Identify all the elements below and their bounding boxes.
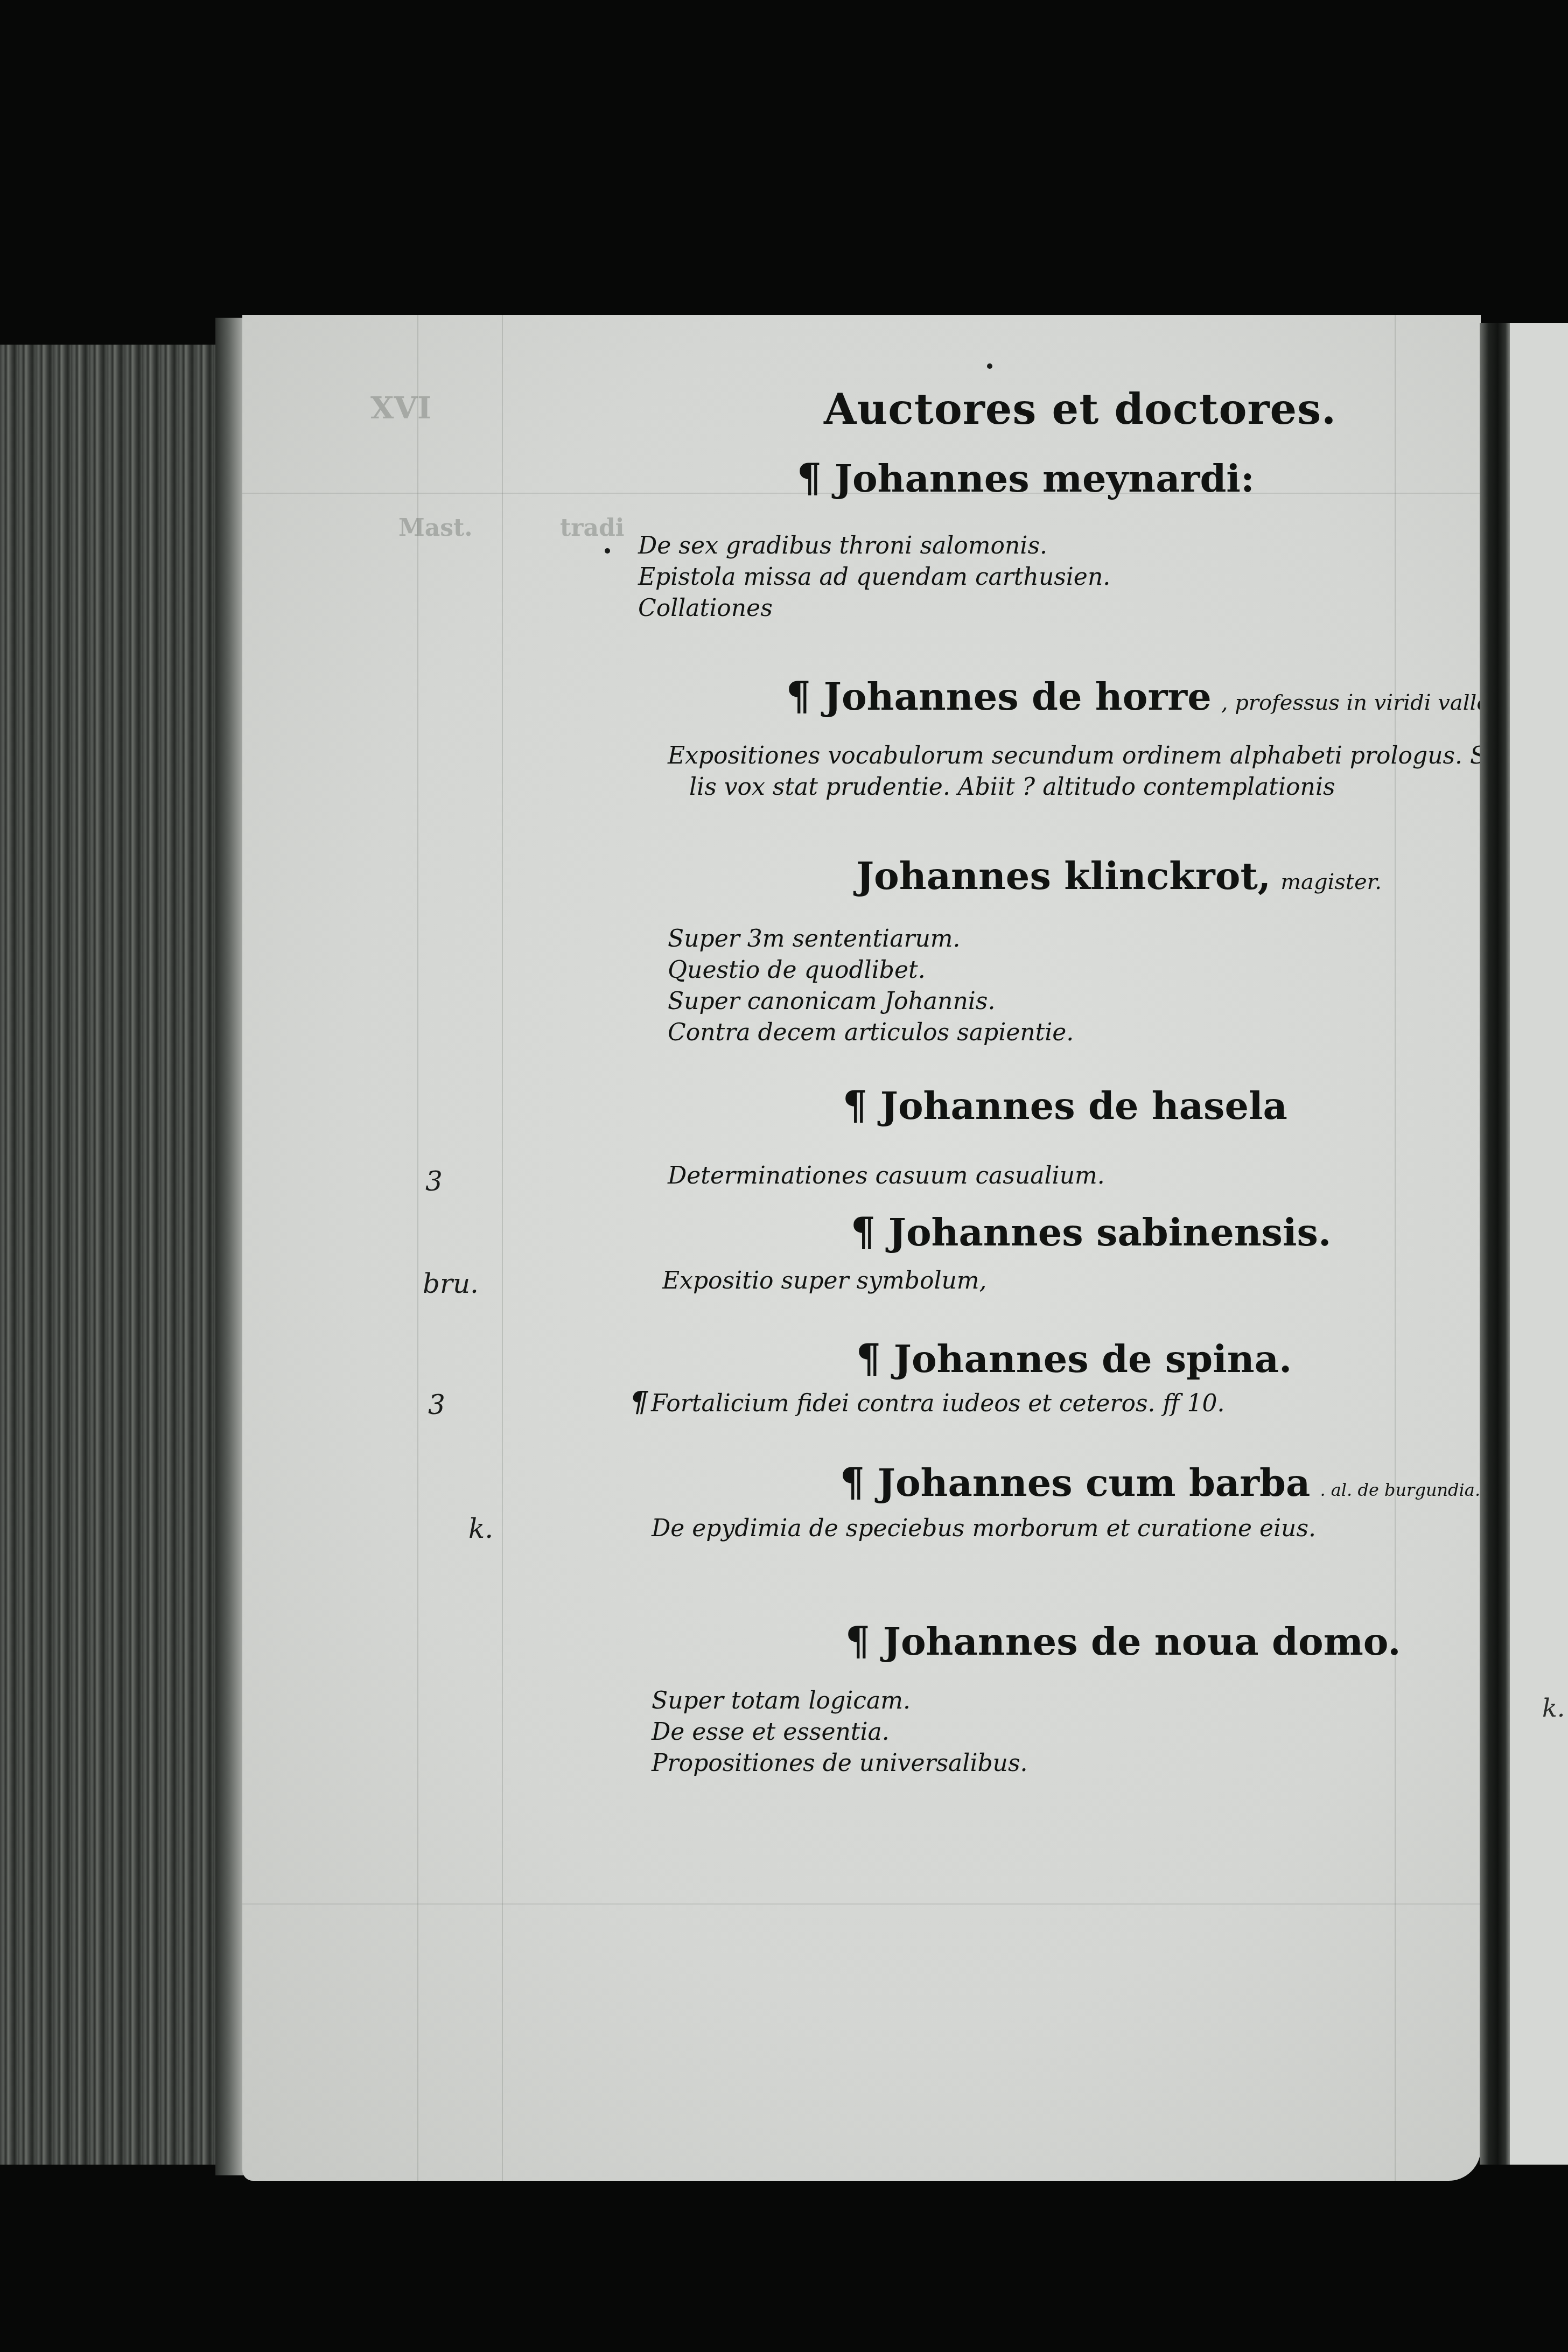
pilcrow-icon: ¶: [856, 1335, 881, 1381]
section-entries: Super totam logicam. De esse et essentia…: [652, 1685, 1028, 1779]
section-entries: Expositio super symbolum,: [662, 1265, 987, 1297]
section-heading: ¶Johannes de spina.: [856, 1335, 1292, 1381]
ruling-line-horizontal: [242, 1903, 1481, 1905]
margin-mark: bru.: [423, 1268, 479, 1299]
margin-mark: k.: [468, 1513, 493, 1544]
section-entries: ¶Fortalicium fidei contra iudeos et cete…: [630, 1387, 1225, 1419]
book-page-edges: [0, 345, 237, 2165]
faint-show-through-text: tradi: [560, 514, 625, 542]
margin-mark: 3: [428, 1389, 445, 1420]
section-heading: ¶Johannes cum barba. al. de burgundia. m…: [840, 1459, 1558, 1505]
entry-line: Expositio super symbolum,: [662, 1265, 987, 1297]
entry-line: De sex gradibus throni salomonis.: [638, 530, 1110, 562]
entry-line: Super canonicam Johannis.: [668, 986, 1074, 1017]
margin-mark: 3: [425, 1166, 443, 1197]
section-entries: Expositiones vocabulorum secundum ordine…: [668, 740, 1515, 803]
entry-line: ¶Fortalicium fidei contra iudeos et cete…: [630, 1387, 1225, 1419]
entry-line: De esse et essentia.: [652, 1717, 1028, 1748]
ruling-line-vertical: [417, 315, 418, 2181]
ink-dot: [605, 548, 610, 554]
book-gutter: [1480, 323, 1510, 2165]
pilcrow-icon: ¶: [797, 455, 822, 501]
entry-line: Questio de quodlibet.: [668, 955, 1074, 986]
page-title: Auctores et doctores.: [824, 385, 1336, 434]
ink-dot: [987, 363, 992, 369]
entry-line: Determinationes casuum casualium.: [668, 1160, 1105, 1192]
manuscript-page: XVI Mast. tradi Auctores et doctores. ¶J…: [242, 315, 1481, 2181]
entry-line: Collationes: [638, 593, 1110, 624]
section-heading: Johannes klinckrot,magister.: [856, 853, 1382, 898]
ruling-line-vertical: [502, 315, 503, 2181]
pilcrow-icon: ¶: [845, 1618, 870, 1664]
manuscript-photograph: XVI Mast. tradi Auctores et doctores. ¶J…: [0, 0, 1568, 2352]
pilcrow-icon: ¶: [843, 1082, 867, 1128]
facing-page-edge: k.: [1510, 323, 1568, 2165]
section-entries: Super 3m sententiarum. Questio de quodli…: [668, 923, 1074, 1048]
pilcrow-icon: ¶: [786, 673, 811, 719]
section-heading: ¶Johannes de noua domo.: [845, 1618, 1401, 1664]
section-entries: De sex gradibus throni salomonis. Episto…: [638, 530, 1110, 624]
section-entries: Determinationes casuum casualium.: [668, 1160, 1105, 1192]
entry-line: Propositiones de universalibus.: [652, 1748, 1028, 1779]
pilcrow-icon: ¶: [630, 1385, 648, 1418]
heading-note: , professus in viridi valle.: [1221, 690, 1496, 715]
entry-line: Expositiones vocabulorum secundum ordine…: [668, 740, 1515, 772]
section-heading: ¶Johannes sabinensis.: [851, 1209, 1331, 1255]
ruling-line-vertical: [1395, 315, 1396, 2181]
entry-line: De epydimia de speciebus morborum et cur…: [652, 1513, 1316, 1544]
facing-page-mark: k.: [1542, 1693, 1565, 1723]
faint-folio-number: XVI: [370, 390, 431, 426]
entry-line: Super 3m sententiarum.: [668, 923, 1074, 955]
pilcrow-icon: ¶: [840, 1459, 865, 1505]
section-heading: ¶Johannes de horre, professus in viridi …: [786, 673, 1496, 719]
section-heading: ¶Johannes de hasela: [843, 1082, 1287, 1128]
section-entries: De epydimia de speciebus morborum et cur…: [652, 1513, 1316, 1544]
entry-line: Contra decem articulos sapientie.: [668, 1017, 1074, 1048]
faint-show-through-text: Mast.: [398, 514, 473, 542]
entry-line: lis vox stat prudentie. Abiit ? altitudo…: [668, 772, 1515, 803]
heading-note: magister.: [1280, 870, 1382, 894]
entry-line: Epistola missa ad quendam carthusien.: [638, 562, 1110, 593]
entry-line: Super totam logicam.: [652, 1685, 1028, 1717]
section-heading: ¶Johannes meynardi:: [797, 455, 1255, 501]
pilcrow-icon: ¶: [851, 1209, 876, 1255]
